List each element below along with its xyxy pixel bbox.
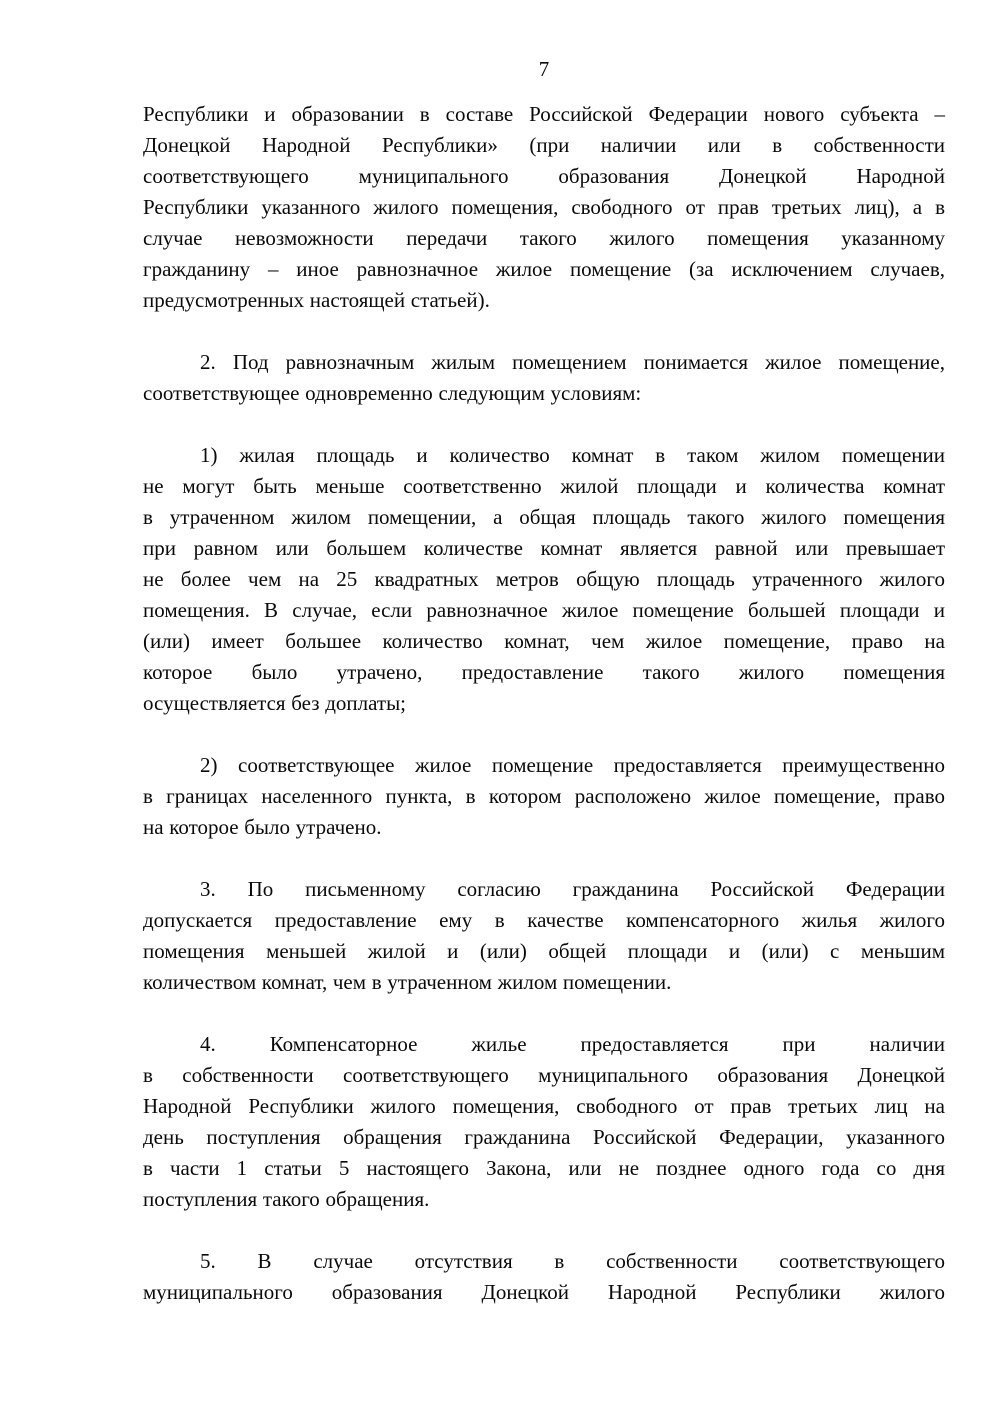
text-line: количеством комнат, чем в утраченном жил… xyxy=(143,967,945,998)
text-line: не могут быть меньше соответственно жило… xyxy=(143,471,945,502)
text-line: в части 1 статьи 5 настоящего Закона, ил… xyxy=(143,1153,945,1184)
document-page: 7 Республики и образовании в составе Рос… xyxy=(0,0,993,1404)
text-line: соответствующее одновременно следующим у… xyxy=(143,378,945,409)
text-line: осуществляется без доплаты; xyxy=(143,688,945,719)
text-line: муниципального образования Донецкой Наро… xyxy=(143,1277,945,1308)
text-line: 5. В случае отсутствия в собственности с… xyxy=(143,1246,945,1277)
text-line: в утраченном жилом помещении, а общая пл… xyxy=(143,502,945,533)
text-line: 2) соответствующее жилое помещение предо… xyxy=(143,750,945,781)
paragraph: 1) жилая площадь и количество комнат в т… xyxy=(143,440,945,719)
text-line: 3. По письменному согласию гражданина Ро… xyxy=(143,874,945,905)
page-number: 7 xyxy=(143,57,945,81)
text-line: в собственности соответствующего муницип… xyxy=(143,1060,945,1091)
text-line: день поступления обращения гражданина Ро… xyxy=(143,1122,945,1153)
text-line: в границах населенного пункта, в котором… xyxy=(143,781,945,812)
text-line: гражданину – иное равнозначное жилое пом… xyxy=(143,254,945,285)
text-line: (или) имеет большее количество комнат, ч… xyxy=(143,626,945,657)
text-line: помещения. В случае, если равнозначное ж… xyxy=(143,595,945,626)
text-line: поступления такого обращения. xyxy=(143,1184,945,1215)
text-line: помещения меньшей жилой и (или) общей пл… xyxy=(143,936,945,967)
text-line: 2. Под равнозначным жилым помещением пон… xyxy=(143,347,945,378)
text-line: 4. Компенсаторное жилье предоставляется … xyxy=(143,1029,945,1060)
text-line: соответствующего муниципального образова… xyxy=(143,161,945,192)
paragraph: 5. В случае отсутствия в собственности с… xyxy=(143,1246,945,1308)
document-text: Республики и образовании в составе Росси… xyxy=(143,99,945,1308)
paragraph: 2. Под равнозначным жилым помещением пон… xyxy=(143,347,945,409)
text-line: Донецкой Народной Республики» (при налич… xyxy=(143,130,945,161)
paragraph: 4. Компенсаторное жилье предоставляется … xyxy=(143,1029,945,1215)
text-line: Республики указанного жилого помещения, … xyxy=(143,192,945,223)
text-line: на которое было утрачено. xyxy=(143,812,945,843)
text-line: не более чем на 25 квадратных метров общ… xyxy=(143,564,945,595)
paragraph: 2) соответствующее жилое помещение предо… xyxy=(143,750,945,843)
paragraph: 3. По письменному согласию гражданина Ро… xyxy=(143,874,945,998)
text-line: 1) жилая площадь и количество комнат в т… xyxy=(143,440,945,471)
paragraph: Республики и образовании в составе Росси… xyxy=(143,99,945,316)
text-line: случае невозможности передачи такого жил… xyxy=(143,223,945,254)
text-line: которое было утрачено, предоставление та… xyxy=(143,657,945,688)
text-line: Республики и образовании в составе Росси… xyxy=(143,99,945,130)
text-line: Народной Республики жилого помещения, св… xyxy=(143,1091,945,1122)
text-line: при равном или большем количестве комнат… xyxy=(143,533,945,564)
text-line: допускается предоставление ему в качеств… xyxy=(143,905,945,936)
text-line: предусмотренных настоящей статьей). xyxy=(143,285,945,316)
